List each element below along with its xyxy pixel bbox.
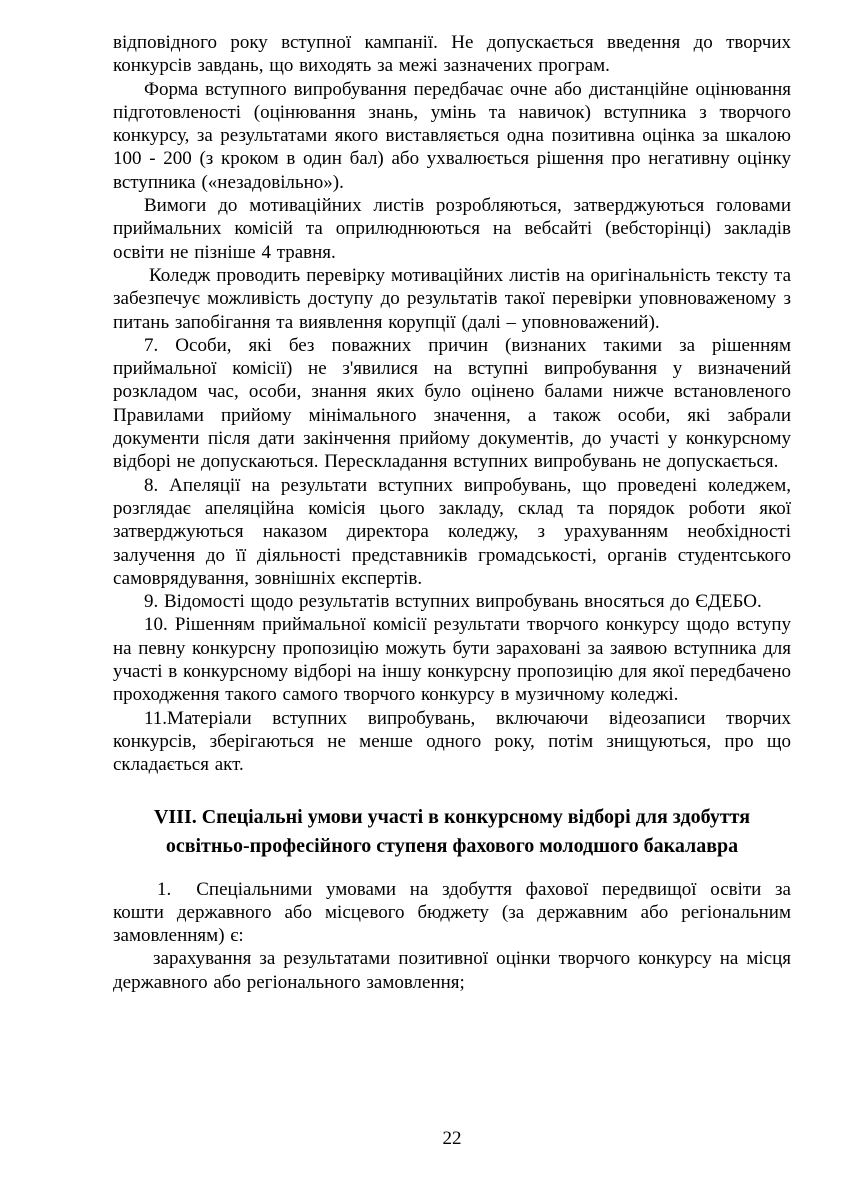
- numbered-paragraph: 1.Спеціальними умовами на здобуття фахов…: [113, 878, 791, 948]
- document-page: відповідного року вступної кампанії. Не …: [0, 0, 849, 1200]
- numbered-paragraph-text: Спеціальними умовами на здобуття фахової…: [113, 879, 791, 947]
- paragraph-item-10: 10. Рішенням приймальної комісії результ…: [113, 613, 791, 706]
- paragraph: Коледж проводить перевірку мотиваційних …: [113, 264, 791, 334]
- paragraph-item-9: 9. Відомості щодо результатів вступних в…: [113, 590, 791, 613]
- document-body: відповідного року вступної кампанії. Не …: [113, 31, 791, 994]
- paragraph-item-8: 8. Апеляції на результати вступних випро…: [113, 474, 791, 590]
- section-heading: VIII. Спеціальні умови участі в конкурсн…: [113, 803, 791, 861]
- page-number: 22: [113, 1128, 791, 1150]
- paragraph: Вимоги до мотиваційних листів розробляют…: [113, 194, 791, 264]
- paragraph-continuation: відповідного року вступної кампанії. Не …: [113, 31, 791, 78]
- section-heading-line1: VIII. Спеціальні умови участі в конкурсн…: [113, 803, 791, 832]
- paragraph: Форма вступного випробування передбачає …: [113, 78, 791, 194]
- list-paragraph: зарахування за результатами позитивної о…: [113, 947, 791, 994]
- paragraph-item-7: 7. Особи, які без поважних причин (визна…: [113, 334, 791, 474]
- paragraph-number: 1.: [157, 879, 171, 900]
- paragraph-item-11: 11.Матеріали вступних випробувань, включ…: [113, 707, 791, 777]
- section-heading-line2: освітньо-професійного ступеня фахового м…: [113, 832, 791, 861]
